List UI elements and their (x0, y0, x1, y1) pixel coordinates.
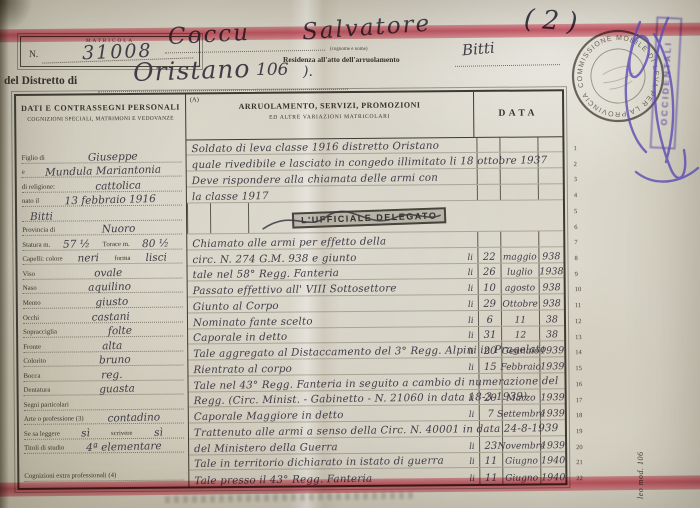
date-month (500, 184, 538, 199)
ink-signature (588, 0, 700, 215)
row-number: 6 (574, 220, 590, 236)
date-month: Novembre (502, 436, 540, 451)
corner-note-a: (A) (190, 96, 199, 103)
date-year: 938 (539, 294, 564, 309)
personal-field-row: Occhicastani (23, 308, 183, 324)
field-label: nato il (22, 198, 39, 206)
personal-field-row: Statura m.57 ½Torace m.80 ½ (22, 235, 182, 251)
field-label: Bocca (23, 373, 40, 381)
date-year (538, 184, 563, 199)
personal-data-subtitle: COGNIZIONI SPECIALI, MATRIMONI E VEDOVAN… (16, 116, 185, 123)
distretto-number: 106 (256, 60, 288, 80)
distretto-paren: ). (303, 64, 313, 80)
date-month: agosto (500, 279, 538, 294)
date-month: Ottobre (501, 294, 539, 309)
date-cell-empty (187, 203, 210, 234)
personal-data-title: DATI E CONTRASSEGNI PERSONALI (16, 103, 185, 113)
personal-data-column: DATI E CONTRASSEGNI PERSONALI COGNIZIONI… (16, 95, 189, 488)
date-day: 11 (479, 452, 502, 467)
service-subtitle: ED ALTRE VARIAZIONI MATRICOLARI (186, 113, 473, 122)
row-number: 7 (574, 235, 590, 251)
date-day (476, 137, 499, 152)
field-label: Fronte (23, 343, 41, 351)
personal-field-row: Cognizioni extra professionali (4) (24, 466, 184, 482)
row-number: 10 (575, 282, 591, 298)
date-day: 31 (478, 326, 501, 341)
date-year (538, 231, 563, 246)
personal-field-row: Mentogiusto (23, 293, 183, 309)
date-li-mark: li (464, 300, 478, 310)
field-label: Capelli: colore (22, 256, 62, 264)
field-label: Mento (23, 300, 41, 308)
model-side-note: leo mod. 106 (636, 451, 645, 499)
row-number: 11 (575, 298, 591, 314)
row-number: 8 (574, 251, 590, 267)
field-label: di religione: (22, 183, 55, 191)
residenza-label: Residenza all'atto dell'arruolamento (283, 55, 400, 64)
personal-field-row: eMundula Mariantonia (22, 162, 182, 178)
date-li-mark: li (463, 268, 477, 278)
personal-field-row: Coloritobruno (23, 351, 183, 367)
row-number: 15 (575, 361, 591, 377)
date-li-mark: li (465, 410, 479, 420)
field-value-handwriting: lisci (130, 253, 182, 263)
field-value-handwriting: 57 ½ (50, 240, 103, 250)
personal-field-row: Nasoaquilino (23, 278, 183, 294)
date-day: 6 (478, 311, 501, 326)
personal-field-row: Visoovale (22, 264, 182, 280)
service-column: (A) ARRUOLAMENTO, SERVIZI, PROMOZIONI ED… (186, 91, 566, 486)
residenza-underline (455, 64, 560, 67)
date-day: 26 (477, 263, 500, 278)
personal-field-row: Bitti (22, 206, 182, 222)
date-li-mark: li (464, 315, 478, 325)
date-month (499, 137, 537, 152)
row-number: 22 (576, 471, 592, 487)
date-cell-empty (210, 202, 248, 233)
date-li-mark: li (465, 441, 479, 451)
date-day (477, 185, 500, 200)
date-month: 11 (501, 310, 539, 325)
date-li-mark: li (463, 284, 477, 294)
field-value-handwriting: sì (132, 428, 183, 438)
date-li-mark: li (465, 457, 479, 467)
field-label: Titoli di studio (24, 445, 64, 453)
field-label: Provincia di (22, 227, 55, 235)
distretto-label: del Distretto di (4, 75, 77, 87)
row-number: 12 (575, 314, 591, 330)
official-signature (255, 203, 445, 235)
date-year: 38 (539, 326, 564, 341)
date-day (477, 232, 500, 247)
field-label: Sopracciglia (23, 329, 57, 337)
date-day (476, 169, 499, 184)
surname-handwriting: Coccu (167, 20, 250, 50)
official-stamp-row: L'UFFICIALE DELEGATO (187, 200, 563, 235)
date-year: 1938 (538, 263, 563, 278)
date-day: 11 (479, 468, 502, 484)
date-month: Giugno (502, 468, 540, 484)
field-label: Torace m. (103, 241, 130, 249)
personal-field-row: nato il13 febbraio 1916 (22, 191, 182, 207)
field-label: Figlio di (22, 154, 45, 162)
row-number: 21 (576, 455, 592, 471)
date-li-mark: li (463, 252, 477, 262)
personal-field-row: Sopraccigliafolte (23, 322, 183, 338)
field-value-handwriting: 80 ½ (130, 239, 183, 249)
field-value-handwriting: neri (63, 254, 115, 264)
cognome-nome-note: (cognome e nome) (330, 47, 368, 52)
date-year: 1939 (540, 436, 565, 451)
field-label: Statura m. (22, 242, 50, 250)
field-label: forma (114, 255, 130, 263)
date-month: maggio (500, 247, 538, 262)
scanned-document: MATRICOLA N. 31008 Coccu Salvatore (cogn… (0, 0, 700, 508)
service-entry-row: Tale presso il 43° Regg. Fanteriali11Giu… (189, 467, 565, 486)
field-label: Se sa leggere (24, 431, 60, 439)
row-number: 19 (576, 424, 592, 440)
row-number: 16 (575, 377, 591, 393)
distretto-value: Oristano (133, 54, 251, 87)
personal-field-row: Figlio diGiuseppe (21, 148, 181, 164)
personal-field-row: Boccareg. (23, 366, 183, 382)
date-li-mark: li (464, 331, 478, 341)
field-value-handwriting (116, 479, 184, 481)
service-entries: Soldato di leva classe 1916 distretto Or… (186, 137, 565, 487)
personal-field-row: Segni particolari (24, 395, 184, 411)
date-month: 12 (501, 326, 539, 341)
date-year (537, 168, 562, 183)
date-year: 938 (538, 247, 563, 262)
matricular-table: DATI E CONTRASSEGNI PERSONALI COGNIZIONI… (14, 89, 567, 490)
row-number: 17 (576, 392, 592, 408)
date-year: 1939 (539, 357, 564, 372)
personal-field-row: Dentaturaguasta (24, 380, 184, 396)
row-number: 20 (576, 440, 592, 456)
row-number: 13 (575, 330, 591, 346)
paper-corner-smudge (0, 0, 34, 30)
row-number: 14 (575, 345, 591, 361)
field-label: Segni particolari (24, 401, 69, 409)
date-year: 1940 (540, 452, 565, 467)
date-month: Giugno (502, 452, 540, 467)
date-month (499, 168, 537, 183)
date-li-mark: li (465, 474, 479, 484)
row-number: 18 (576, 408, 592, 424)
personal-field-row: Arte o professione (3)contadino (24, 409, 184, 425)
personal-field-row: Se sa leggeresìscriveresì (24, 424, 184, 440)
date-month (500, 231, 538, 246)
row-number: 9 (575, 267, 591, 283)
date-month: Settembre (502, 405, 540, 420)
data-column-header: DATA (474, 91, 562, 136)
date-day: 15 (478, 358, 501, 373)
personal-fields-list: Figlio diGiuseppeeMundula Mariantoniadi … (16, 145, 188, 482)
date-year: 1939 (539, 389, 564, 404)
field-label: Cognizioni extra professionali (4) (24, 472, 116, 481)
date-day: 22 (477, 248, 500, 263)
date-year (537, 137, 562, 152)
date-year: 1940 (540, 467, 565, 483)
field-value-handwriting: contadino (84, 413, 184, 425)
date-year: 38 (539, 310, 564, 325)
service-title: ARRUOLAMENTO, SERVIZI, PROMOZIONI (186, 100, 473, 112)
personal-field-row: Titoli di studio4ª elementare (24, 438, 184, 454)
date-day: 10 (477, 279, 500, 294)
service-entry-text: Tale presso il 43° Regg. Fanteria (189, 471, 465, 487)
personal-field-row: Capelli: coloreneriformalisci (22, 249, 182, 265)
field-label: Dentatura (24, 387, 51, 395)
matricola-n-label: N. (27, 50, 42, 61)
field-value-handwriting: sì (60, 429, 111, 439)
field-label: Viso (23, 271, 36, 279)
field-label: Arte o professione (3) (24, 416, 84, 425)
personal-field-row: Frontealta (23, 337, 183, 353)
field-label: Occhi (23, 314, 39, 322)
sheet-number-note: ( 2 ) (523, 4, 578, 38)
date-li-mark: li (464, 363, 478, 373)
personal-field-row: di religione:cattolica (22, 177, 182, 193)
date-month: luglio (500, 263, 538, 278)
residenza-value: Bitti (461, 39, 495, 60)
field-label: scrivere (111, 430, 133, 438)
field-value-handwriting: 4ª elementare (64, 442, 184, 454)
date-year: 1939 (540, 404, 565, 419)
date-month: Febbraio (501, 357, 539, 372)
field-label: Naso (23, 285, 37, 293)
date-day: 29 (478, 295, 501, 310)
date-year: 938 (538, 278, 563, 293)
field-label: Colorito (23, 358, 46, 366)
